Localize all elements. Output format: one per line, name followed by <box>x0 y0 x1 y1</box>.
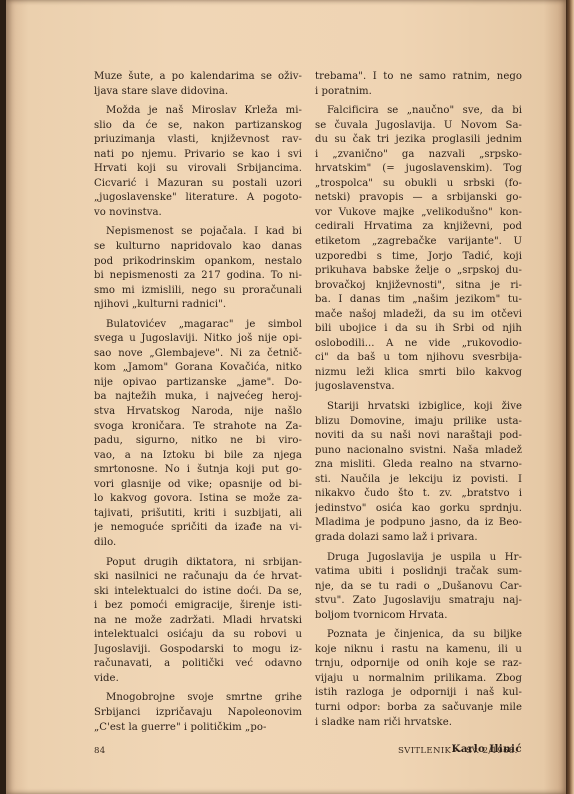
text-line: Nepismenost se pojačala. I kad bi <box>94 225 302 240</box>
text-line: pod prikodrinskim opankom, nestalo <box>94 255 302 270</box>
text-line: Hrvati koji su virovali Srbijancima. <box>94 162 302 177</box>
text-line: Cicvarić i Mazuran su postali uzori <box>94 177 302 192</box>
text-line: vao, a na Iztoku bi bile za njega <box>94 449 302 464</box>
text-line: ski nasilnici ne računaju da će hrvat- <box>94 570 302 585</box>
text-line: se čuvala Jugoslavija. U Novom Sa- <box>315 119 522 134</box>
text-line: zna misliti. Gleda realno na stvarno- <box>315 458 522 473</box>
text-line: ba najtežih muka, i najvećeg heroj- <box>94 390 302 405</box>
text-line: nje, da se tu radi o „Dušanovu Car- <box>315 580 522 595</box>
text-line: trnju, odpornije od onih koje se raz- <box>315 657 522 672</box>
text-line: jedinstvo" osića kao gorku sprdnju. <box>315 502 522 517</box>
text-line: stva Hrvatskog Naroda, nije našlo <box>94 405 302 420</box>
text-line: boljom tvornicom Hrvata. <box>315 609 522 624</box>
text-line: ba. I danas tim „našim jezikom" tu- <box>315 293 522 308</box>
text-line: Možda je naš Miroslav Krleža mi- <box>94 104 302 119</box>
text-line: vatima ubiti i poslidnji tračak sum- <box>315 565 522 580</box>
text-line: turni odpor: borba za sačuvanje mile <box>315 701 522 716</box>
text-line: cedirali Hrvatima za književni, pod <box>315 220 522 235</box>
paragraph: trebama". I to ne samo ratnim, negoi por… <box>315 70 522 99</box>
text-line: kom „Jamom" Gorana Kovačića, nitko <box>94 361 302 376</box>
text-line: grada dolazi samo laž i privara. <box>315 531 522 546</box>
paragraph: Poznata je činjenica, da su biljkekoje n… <box>315 628 522 730</box>
text-line: ljava stare slave didovina. <box>94 85 302 100</box>
text-line: slio da će se, nakon partizanskog <box>94 119 302 134</box>
page-number: 84 <box>94 746 106 756</box>
text-line: ski intelektualci do istine doći. Da se, <box>94 585 302 600</box>
text-line: Druga Jugoslavija je uspila u Hr- <box>315 551 522 566</box>
paragraph: Falcificira se „naučno" sve, da bise čuv… <box>315 104 522 395</box>
text-line: vor Vukove majke „velikodušno" kon- <box>315 206 522 221</box>
text-line: smo mi izmislili, nego su proračunali <box>94 284 302 299</box>
text-line: intelektualci osićaju da su robovi u <box>94 628 302 643</box>
text-line: Mladima je podpuno jasno, da iz Beo- <box>315 516 522 531</box>
text-line: netski) pravopis — a srbijanski go- <box>315 191 522 206</box>
magazine-page: Muze šute, a po kalendarima se oživ-ljav… <box>6 0 566 794</box>
text-line: nizmu leži klica smrti bilo kakvog <box>315 366 522 381</box>
text-line: njihovi „kulturni radnici". <box>94 298 302 313</box>
text-line: i bez pomoći emigracije, širenje isti- <box>94 599 302 614</box>
left-column: Muze šute, a po kalendarima se oživ-ljav… <box>94 70 302 740</box>
text-line: bili ubojice i da su ih Srbi od njih <box>315 322 522 337</box>
text-line: „jugoslavenske" literature. A pogoto- <box>94 191 302 206</box>
paragraph: Stariji hrvatski izbiglice, koji živebli… <box>315 400 522 545</box>
text-line: oslobodili... A ne vide „rukovodio- <box>315 337 522 352</box>
text-line: istih razloga je odporniji i naš kul- <box>315 686 522 701</box>
text-line: svoga kroničara. Te strahote na Za- <box>94 420 302 435</box>
paragraph: Bulatovićev „magarac" je simbolsvega u J… <box>94 318 302 551</box>
text-line: Mnogobrojne svoje smrtne grihe <box>94 691 302 706</box>
text-line: etiketom „zagrebačke varijante". U <box>315 235 522 250</box>
page-edge <box>566 0 574 794</box>
paragraph: Nepismenost se pojačala. I kad bise kult… <box>94 225 302 312</box>
text-line: puno nacionalno svistni. Naša mladež <box>315 444 522 459</box>
text-line: vide. <box>94 672 302 687</box>
text-line: vijaju u normalnim prilikama. Zbog <box>315 672 522 687</box>
text-line: se kulturno napridovalo kao danas <box>94 240 302 255</box>
paragraph: Muze šute, a po kalendarima se oživ-ljav… <box>94 70 302 99</box>
journal-issue: SVITLENIK — Sv. 2/1968. <box>398 746 518 756</box>
text-line: Falcificira se „naučno" sve, da bi <box>315 104 522 119</box>
text-line: bi nepismenosti za 217 godina. To ni- <box>94 269 302 284</box>
text-line: koje niknu i rastu na kamenu, ili u <box>315 643 522 658</box>
text-line: priuzimanja vlasti, književnost rav- <box>94 133 302 148</box>
text-line: stvu". Zato Jugoslaviju smatraju naj- <box>315 594 522 609</box>
text-line: du su čak tri jezika proglasili jednim <box>315 133 522 148</box>
text-line: nije opivao partizanske „jame". Do- <box>94 376 302 391</box>
text-line: vori glasnije od vike; opasnije od bi- <box>94 478 302 493</box>
text-line: i sladke nam riči hrvatske. <box>315 716 522 731</box>
text-line: nikakvo čudo što t. zv. „bratstvo i <box>315 487 522 502</box>
text-line: i poratnim. <box>315 85 522 100</box>
text-line: Bulatovićev „magarac" je simbol <box>94 318 302 333</box>
text-line: svega u Jugoslaviji. Nitko još nije opi- <box>94 332 302 347</box>
text-line: „trospolca" su obukli u srbski (fo- <box>315 177 522 192</box>
text-line: Srbijanci izpričavaju Napoleonovim <box>94 706 302 721</box>
text-line: dilo. <box>94 536 302 551</box>
text-line: računavati, a politički već odavno <box>94 657 302 672</box>
paragraph: Mnogobrojne svoje smrtne griheSrbijanci … <box>94 691 302 735</box>
text-line: na ne može zadržati. Mladi hrvatski <box>94 614 302 629</box>
text-line: brovačkoj književnosti", sitna je ri- <box>315 279 522 294</box>
right-column: trebama". I to ne samo ratnim, negoi por… <box>315 70 522 757</box>
text-line: trebama". I to ne samo ratnim, nego <box>315 70 522 85</box>
text-line: jugoslavenstva. <box>315 380 522 395</box>
text-line: „C'est la guerre" i političkim „po- <box>94 721 302 736</box>
text-line: sao nove „Glembajeve". Ni za četnič- <box>94 347 302 362</box>
text-line: hrvatskim" (= jugoslavenskim). Tog <box>315 162 522 177</box>
text-line: blizu Domovine, imaju prilike usta- <box>315 415 522 430</box>
text-line: Muze šute, a po kalendarima se oživ- <box>94 70 302 85</box>
text-line: Poznata je činjenica, da su biljke <box>315 628 522 643</box>
text-line: Poput drugih diktatora, ni srbijan- <box>94 556 302 571</box>
text-line: je nemoguće spričiti da izađe na vi- <box>94 521 302 536</box>
text-line: Jugoslaviji. Gospodarski to mogu iz- <box>94 643 302 658</box>
text-line: prikuhava babske želje o „srpskoj du- <box>315 264 522 279</box>
text-line: uzporedbi s time, Jorjo Tadić, koji <box>315 250 522 265</box>
paragraph: Poput drugih diktatora, ni srbijan-ski n… <box>94 556 302 687</box>
text-line: mače našoj mladeži, da su im otčevi <box>315 308 522 323</box>
paragraph: Možda je naš Miroslav Krleža mi-slio da … <box>94 104 302 220</box>
text-line: Stariji hrvatski izbiglice, koji žive <box>315 400 522 415</box>
text-line: ci" da baš u tom njihovu svesrbija- <box>315 351 522 366</box>
text-line: vo novinstva. <box>94 206 302 221</box>
text-line: smrtonosne. No i šutnja koji put go- <box>94 463 302 478</box>
text-line: sti. Naučila je lekciju iz povisti. I <box>315 473 522 488</box>
text-line: nati po njemu. Privario se kao i svi <box>94 148 302 163</box>
text-line: padu, sigurno, nitko ne bi viro- <box>94 434 302 449</box>
text-line: noviti da su naši novi naraštaji pod- <box>315 429 522 444</box>
text-line: tajivati, prišutiti, kriti i suzbijati, … <box>94 507 302 522</box>
text-line: lo kakvog govora. Istina se može za- <box>94 492 302 507</box>
text-line: i „zvanično" ga nazvali „srpsko- <box>315 148 522 163</box>
paragraph: Druga Jugoslavija je uspila u Hr-vatima … <box>315 551 522 624</box>
